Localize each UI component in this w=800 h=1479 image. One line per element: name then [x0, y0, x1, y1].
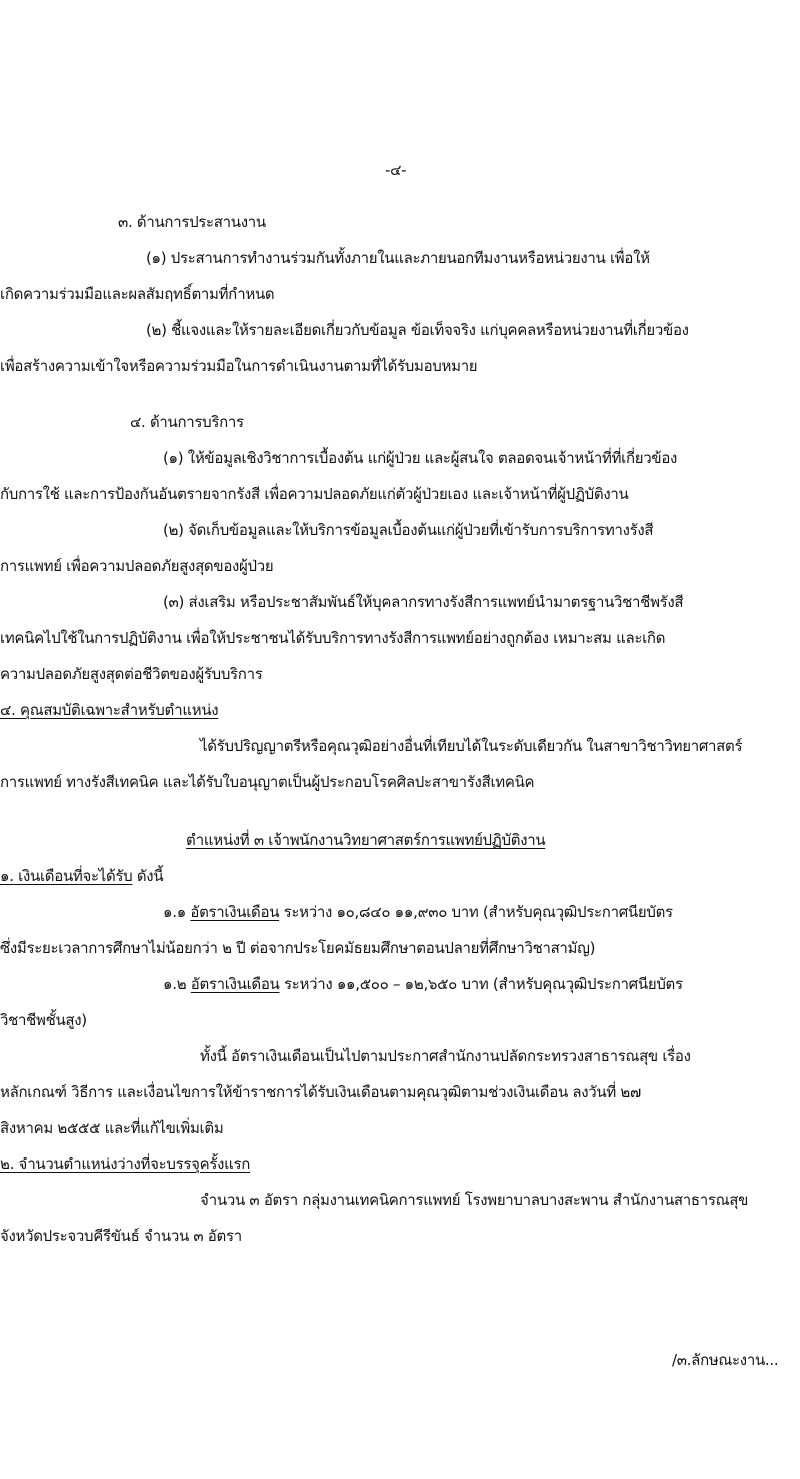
section4-item3-cont2: ความปลอดภัยสูงสุดต่อชีวิตของผู้รับบริการ: [0, 664, 262, 684]
salary-rate2: ๑.๒ อัตราเงินเดือน ระหว่าง ๑๑,๕๐๐ – ๑๒,๖…: [163, 974, 683, 994]
section4-item1-cont: กับการใช้ และการป้องกันอันตรายจากรังสี เ…: [0, 484, 628, 504]
continuation-footer: /๓.ลักษณะงาน...: [672, 1350, 778, 1370]
qualifications-heading: ๔. คุณสมบัติเฉพาะสำหรับตำแหน่ง: [0, 700, 218, 720]
rate2-label: อัตราเงินเดือน: [191, 975, 280, 993]
salary-rate1: ๑.๑ อัตราเงินเดือน ระหว่าง ๑๐,๘๔๐ ๑๑,๙๓๐…: [163, 902, 673, 922]
salary-rate1-cont: ซึ่งมีระยะเวลาการศึกษาไม่น้อยกว่า ๒ ปี ต…: [0, 938, 595, 958]
section3-item2: (๒) ชี้แจงและให้รายละเอียดเกี่ยวกับข้อมู…: [146, 320, 689, 340]
section3-item1-cont: เกิดความร่วมมือและผลสัมฤทธิ์ตามที่กำหนด: [0, 284, 274, 304]
salary-note-line2: หลักเกณฑ์ วิธีการ และเงื่อนไขการให้ข้ารา…: [0, 1082, 641, 1102]
section3-item1: (๑) ประสานการทำงานร่วมกันทั้งภายในและภาย…: [146, 248, 650, 268]
section3-item2-cont: เพื่อสร้างความเข้าใจหรือความร่วมมือในการ…: [0, 356, 477, 376]
salary-note-line1: ทั้งนี้ อัตราเงินเดือนเป็นไปตามประกาศสำน…: [200, 1046, 691, 1066]
qualifications-line2: การแพทย์ ทางรังสีเทคนิค และได้รับใบอนุญา…: [0, 772, 534, 792]
salary-heading-row: ๑. เงินเดือนที่จะได้รับ ดังนี้: [0, 866, 163, 886]
position3-title: ตำแหน่งที่ ๓ เจ้าพนักงานวิทยาศาสตร์การแพ…: [186, 830, 545, 850]
salary-heading: ๑. เงินเดือนที่จะได้รับ: [0, 867, 132, 885]
rate1-label: อัตราเงินเดือน: [190, 903, 279, 921]
section3-heading: ๓. ด้านการประสานงาน: [118, 212, 266, 232]
vacancies-line2: จังหวัดประจวบคีรีขันธ์ จำนวน ๓ อัตรา: [0, 1226, 242, 1246]
qualifications-line1: ได้รับปริญญาตรีหรือคุณวุฒิอย่างอื่นที่เท…: [200, 736, 742, 756]
section4-item3: (๓) ส่งเสริม หรือประชาสัมพันธ์ให้บุคลากร…: [163, 592, 683, 612]
salary-note-line3: สิงหาคม ๒๕๕๕ และที่แก้ไขเพิ่มเติม: [0, 1118, 223, 1138]
salary-heading-suffix: ดังนี้: [132, 867, 163, 885]
vacancies-heading: ๒. จำนวนตำแหน่งว่างที่จะบรรจุครั้งแรก: [0, 1154, 250, 1174]
vacancies-line1: จำนวน ๓ อัตรา กลุ่มงานเทคนิคการแพทย์ โรง…: [200, 1190, 748, 1210]
rate1-text: ระหว่าง ๑๐,๘๔๐ ๑๑,๙๓๐ บาท (สำหรับคุณวุฒิ…: [279, 903, 673, 921]
section4-item2: (๒) จัดเก็บข้อมูลและให้บริการข้อมูลเบื้อ…: [163, 520, 653, 540]
section4-item3-cont1: เทคนิคไปใช้ในการปฏิบัติงาน เพื่อให้ประชา…: [0, 628, 665, 648]
section4-item2-cont: การแพทย์ เพื่อความปลอดภัยสูงสุดของผู้ป่ว…: [0, 556, 273, 576]
section4-item1: (๑) ให้ข้อมูลเชิงวิชาการเบื้องต้น แก่ผู้…: [163, 448, 677, 468]
section4-heading: ๔. ด้านการบริการ: [130, 412, 244, 432]
rate1-number: ๑.๑: [163, 903, 190, 921]
page-number: -๔-: [385, 160, 406, 180]
rate2-text: ระหว่าง ๑๑,๕๐๐ – ๑๒,๖๕๐ บาท (สำหรับคุณวุ…: [280, 975, 683, 993]
salary-rate2-cont: วิชาชีพชั้นสูง): [0, 1010, 87, 1030]
rate2-number: ๑.๒: [163, 975, 191, 993]
